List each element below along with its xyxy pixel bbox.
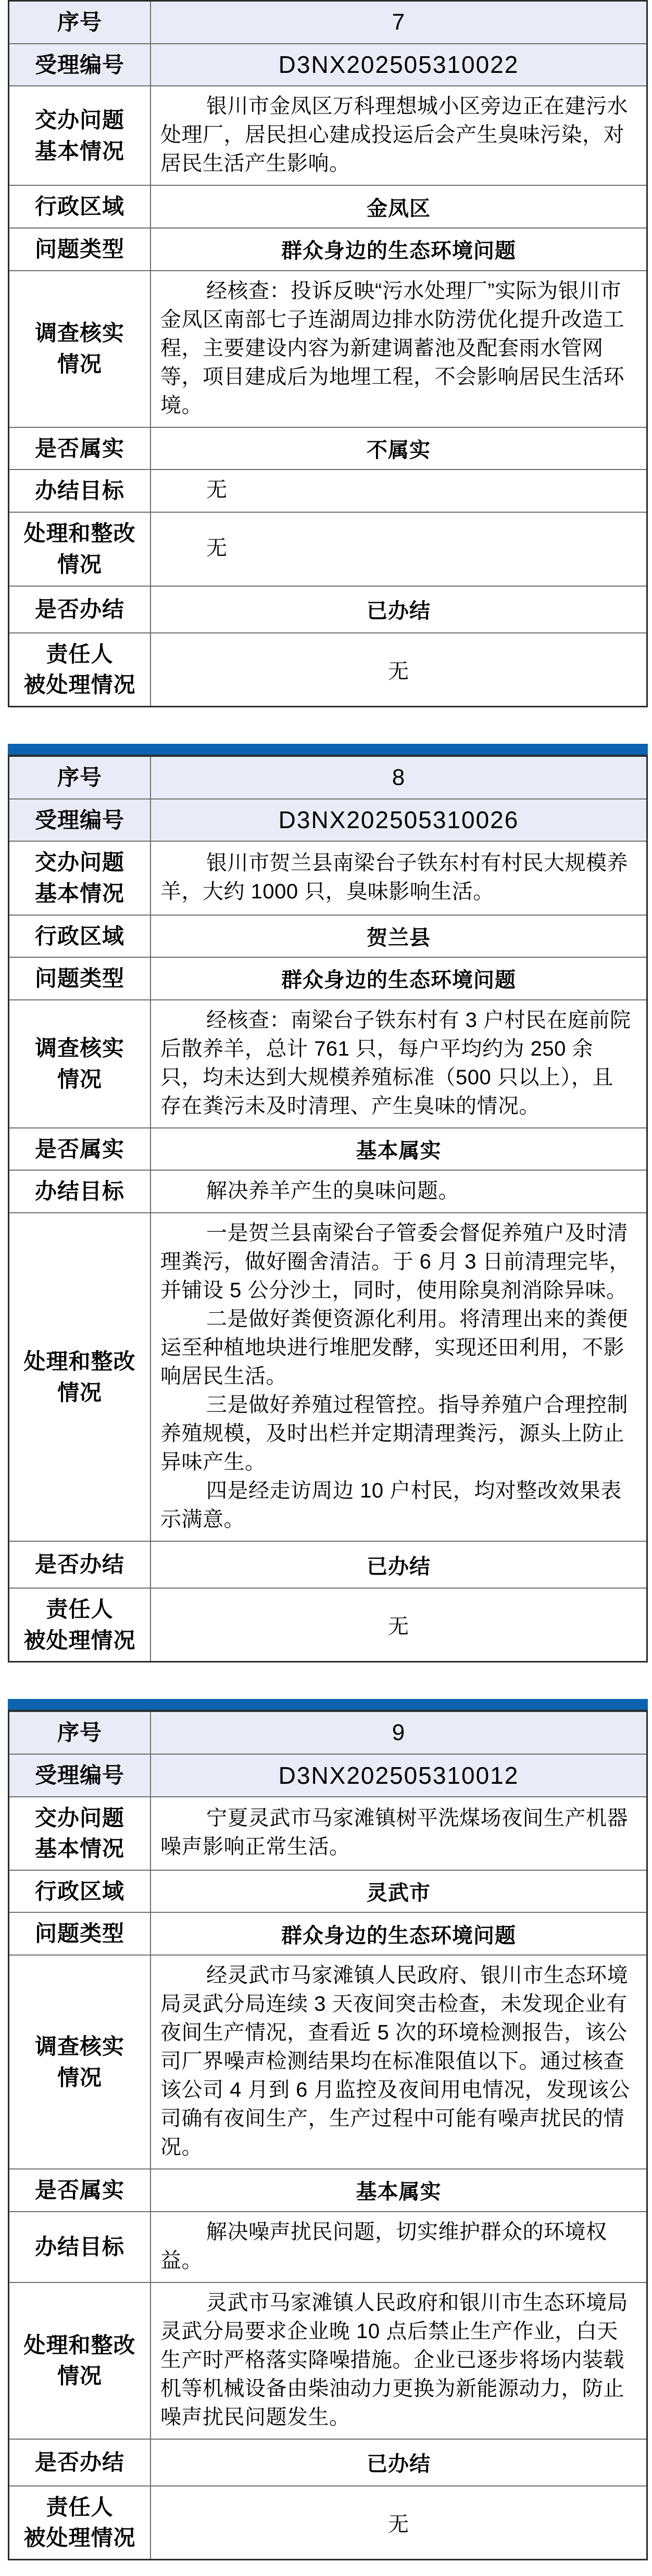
code-label: 受理编号 [9,1755,151,1796]
region-value: 贺兰县 [151,916,646,957]
row-code: 受理编号 D3NX202505310022 [9,43,646,86]
problem-text: 银川市贺兰县南梁台子铁东村有村民大规模养羊，大约 1000 只，臭味影响生活。 [151,842,646,914]
row-goal: 办结目标 解决噪声扰民问题，切实维护群众的环境权益。 [9,2211,646,2282]
paragraph: 无 [160,534,633,563]
paragraph: 一是贺兰县南梁台子管委会督促养殖户及时清理粪污，做好圈舍清洁。于 6 月 3 日… [160,1219,633,1305]
paragraph: 四是经走访周边 10 户村民，均对整改效果表示满意。 [160,1477,633,1534]
serial-value: 9 [151,1712,646,1754]
paragraph: 经核查：投诉反映“污水处理厂”实际为银川市金凤区南部七子连湖周边排水防涝优化提升… [160,277,633,420]
type-value: 群众身边的生态环境问题 [151,229,646,270]
goal-label: 办结目标 [9,1171,151,1212]
table-top-bar [8,1699,648,1710]
type-value: 群众身边的生态环境问题 [151,958,646,999]
goal-text: 解决养羊产生的臭味问题。 [151,1171,646,1212]
record-table: 序号 9 受理编号 D3NX202505310012 交办问题 基本情况 宁夏灵… [8,1710,648,2560]
verified-label: 是否属实 [9,2169,151,2211]
row-serial: 序号 7 [9,2,646,43]
type-value: 群众身边的生态环境问题 [151,1913,646,1955]
paragraph: 无 [160,476,633,504]
row-problem: 交办问题 基本情况 银川市金凤区万科理想城小区旁边正在建污水处理厂，居民担心建成… [9,85,646,185]
closed-label: 是否办结 [9,2440,151,2485]
region-label: 行政区域 [9,186,151,227]
code-label: 受理编号 [9,44,151,86]
serial-value: 8 [151,757,646,798]
responsible-value: 无 [151,633,646,706]
record-table-9: 序号 9 受理编号 D3NX202505310012 交办问题 基本情况 宁夏灵… [8,1699,648,2560]
row-investigation: 调查核实 情况 经灵武市马家滩镇人民政府、银川市生态环境局灵武分局连续 3 天夜… [9,1955,646,2168]
paragraph: 银川市贺兰县南梁台子铁东村有村民大规模养羊，大约 1000 只，臭味影响生活。 [160,849,633,906]
type-label: 问题类型 [9,229,151,270]
verified-value: 基本属实 [151,2169,646,2211]
row-closed: 是否办结 已办结 [9,2439,646,2485]
row-verified: 是否属实 基本属实 [9,1127,646,1170]
handling-text: 无 [151,513,646,586]
code-value: D3NX202505310022 [151,44,646,86]
code-label: 受理编号 [9,800,151,841]
row-type: 问题类型 群众身边的生态环境问题 [9,957,646,999]
investigation-text: 经核查：投诉反映“污水处理厂”实际为银川市金凤区南部七子连湖周边排水防涝优化提升… [151,271,646,427]
paragraph: 二是做好粪便资源化利用。将清理出来的粪便运至种植地块进行堆肥发酵，实现还田利用，… [160,1305,633,1391]
region-value: 灵武市 [151,1871,646,1912]
record-table: 序号 8 受理编号 D3NX202505310026 交办问题 基本情况 银川市… [8,755,648,1663]
paragraph: 灵武市马家滩镇人民政府和银川市生态环境局灵武分局要求企业晚 10 点后禁止生产作… [160,2289,633,2432]
goal-label: 办结目标 [9,470,151,512]
problem-text: 宁夏灵武市马家滩镇树平洗煤场夜间生产机器噪声影响正常生活。 [151,1797,646,1870]
code-value: D3NX202505310012 [151,1755,646,1796]
handling-label: 处理和整改 情况 [9,2283,151,2439]
row-goal: 办结目标 解决养羊产生的臭味问题。 [9,1170,646,1212]
verified-label: 是否属实 [9,428,151,469]
row-region: 行政区域 贺兰县 [9,915,646,957]
verified-value: 不属实 [151,428,646,469]
problem-label: 交办问题 基本情况 [9,842,151,914]
investigation-text: 经核查：南梁台子铁东村有 3 户村民在庭前院后散养羊，总计 761 只，每户平均… [151,1000,646,1127]
row-serial: 序号 9 [9,1712,646,1754]
code-value: D3NX202505310026 [151,800,646,841]
region-label: 行政区域 [9,916,151,957]
paragraph: 银川市金凤区万科理想城小区旁边正在建污水处理厂，居民担心建成投运后会产生臭味污染… [160,92,633,178]
paragraph: 解决噪声扰民问题，切实维护群众的环境权益。 [160,2218,633,2275]
row-closed: 是否办结 已办结 [9,1541,646,1588]
row-verified: 是否属实 不属实 [9,427,646,469]
record-table: 序号 7 受理编号 D3NX202505310022 交办问题 基本情况 银川市… [8,0,648,707]
serial-label: 序号 [9,757,151,798]
handling-label: 处理和整改 情况 [9,513,151,586]
row-investigation: 调查核实 情况 经核查：投诉反映“污水处理厂”实际为银川市金凤区南部七子连湖周边… [9,270,646,427]
problem-label: 交办问题 基本情况 [9,86,151,185]
verified-label: 是否属实 [9,1128,151,1170]
problem-label: 交办问题 基本情况 [9,1797,151,1870]
closed-label: 是否办结 [9,587,151,632]
region-label: 行政区域 [9,1871,151,1912]
closed-value: 已办结 [151,587,646,632]
row-responsible: 责任人 被处理情况 无 [9,632,646,706]
handling-text: 一是贺兰县南梁台子管委会督促养殖户及时清理粪污，做好圈舍清洁。于 6 月 3 日… [151,1213,646,1541]
closed-label: 是否办结 [9,1542,151,1588]
responsible-value: 无 [151,2486,646,2559]
paragraph: 经核查：南梁台子铁东村有 3 户村民在庭前院后散养羊，总计 761 只，每户平均… [160,1006,633,1121]
paragraph: 解决养羊产生的臭味问题。 [160,1177,633,1205]
handling-label: 处理和整改 情况 [9,1213,151,1541]
row-serial: 序号 8 [9,757,646,798]
record-table-8: 序号 8 受理编号 D3NX202505310026 交办问题 基本情况 银川市… [8,744,648,1663]
complaint-records-page: 序号 7 受理编号 D3NX202505310022 交办问题 基本情况 银川市… [0,0,652,2576]
row-code: 受理编号 D3NX202505310012 [9,1754,646,1796]
type-label: 问题类型 [9,1913,151,1955]
responsible-value: 无 [151,1589,646,1661]
goal-text: 解决噪声扰民问题，切实维护群众的环境权益。 [151,2212,646,2282]
serial-value: 7 [151,2,646,43]
type-label: 问题类型 [9,958,151,999]
row-type: 问题类型 群众身边的生态环境问题 [9,1912,646,1955]
paragraph: 三是做好养殖过程管控。指导养殖户合理控制养殖规模，及时出栏并定期清理粪污，源头上… [160,1391,633,1477]
row-investigation: 调查核实 情况 经核查：南梁台子铁东村有 3 户村民在庭前院后散养羊，总计 76… [9,999,646,1127]
problem-text: 银川市金凤区万科理想城小区旁边正在建污水处理厂，居民担心建成投运后会产生臭味污染… [151,86,646,185]
investigation-label: 调查核实 情况 [9,1956,151,2168]
row-handling: 处理和整改 情况 无 [9,512,646,586]
row-problem: 交办问题 基本情况 银川市贺兰县南梁台子铁东村有村民大规模养羊，大约 1000 … [9,841,646,914]
closed-value: 已办结 [151,1542,646,1588]
row-problem: 交办问题 基本情况 宁夏灵武市马家滩镇树平洗煤场夜间生产机器噪声影响正常生活。 [9,1796,646,1870]
row-responsible: 责任人 被处理情况 无 [9,1588,646,1661]
responsible-label: 责任人 被处理情况 [9,633,151,706]
verified-value: 基本属实 [151,1128,646,1170]
row-region: 行政区域 金凤区 [9,185,646,227]
row-region: 行政区域 灵武市 [9,1870,646,1912]
responsible-label: 责任人 被处理情况 [9,2486,151,2559]
row-responsible: 责任人 被处理情况 无 [9,2485,646,2559]
paragraph: 经灵武市马家滩镇人民政府、银川市生态环境局灵武分局连续 3 天夜间突击检查，未发… [160,1961,633,2162]
row-goal: 办结目标 无 [9,469,646,512]
serial-label: 序号 [9,2,151,43]
serial-label: 序号 [9,1712,151,1754]
record-table-7: 序号 7 受理编号 D3NX202505310022 交办问题 基本情况 银川市… [8,0,648,707]
row-handling: 处理和整改 情况 灵武市马家滩镇人民政府和银川市生态环境局灵武分局要求企业晚 1… [9,2282,646,2439]
goal-label: 办结目标 [9,2212,151,2282]
row-code: 受理编号 D3NX202505310026 [9,798,646,841]
responsible-label: 责任人 被处理情况 [9,1589,151,1661]
goal-text: 无 [151,470,646,512]
paragraph: 宁夏灵武市马家滩镇树平洗煤场夜间生产机器噪声影响正常生活。 [160,1804,633,1861]
closed-value: 已办结 [151,2440,646,2485]
row-handling: 处理和整改 情况 一是贺兰县南梁台子管委会督促养殖户及时清理粪污，做好圈舍清洁。… [9,1212,646,1541]
handling-text: 灵武市马家滩镇人民政府和银川市生态环境局灵武分局要求企业晚 10 点后禁止生产作… [151,2283,646,2439]
region-value: 金凤区 [151,186,646,227]
row-verified: 是否属实 基本属实 [9,2168,646,2211]
investigation-text: 经灵武市马家滩镇人民政府、银川市生态环境局灵武分局连续 3 天夜间突击检查，未发… [151,1956,646,2168]
investigation-label: 调查核实 情况 [9,1000,151,1127]
row-closed: 是否办结 已办结 [9,586,646,632]
row-type: 问题类型 群众身边的生态环境问题 [9,227,646,270]
table-top-bar [8,744,648,755]
investigation-label: 调查核实 情况 [9,271,151,427]
